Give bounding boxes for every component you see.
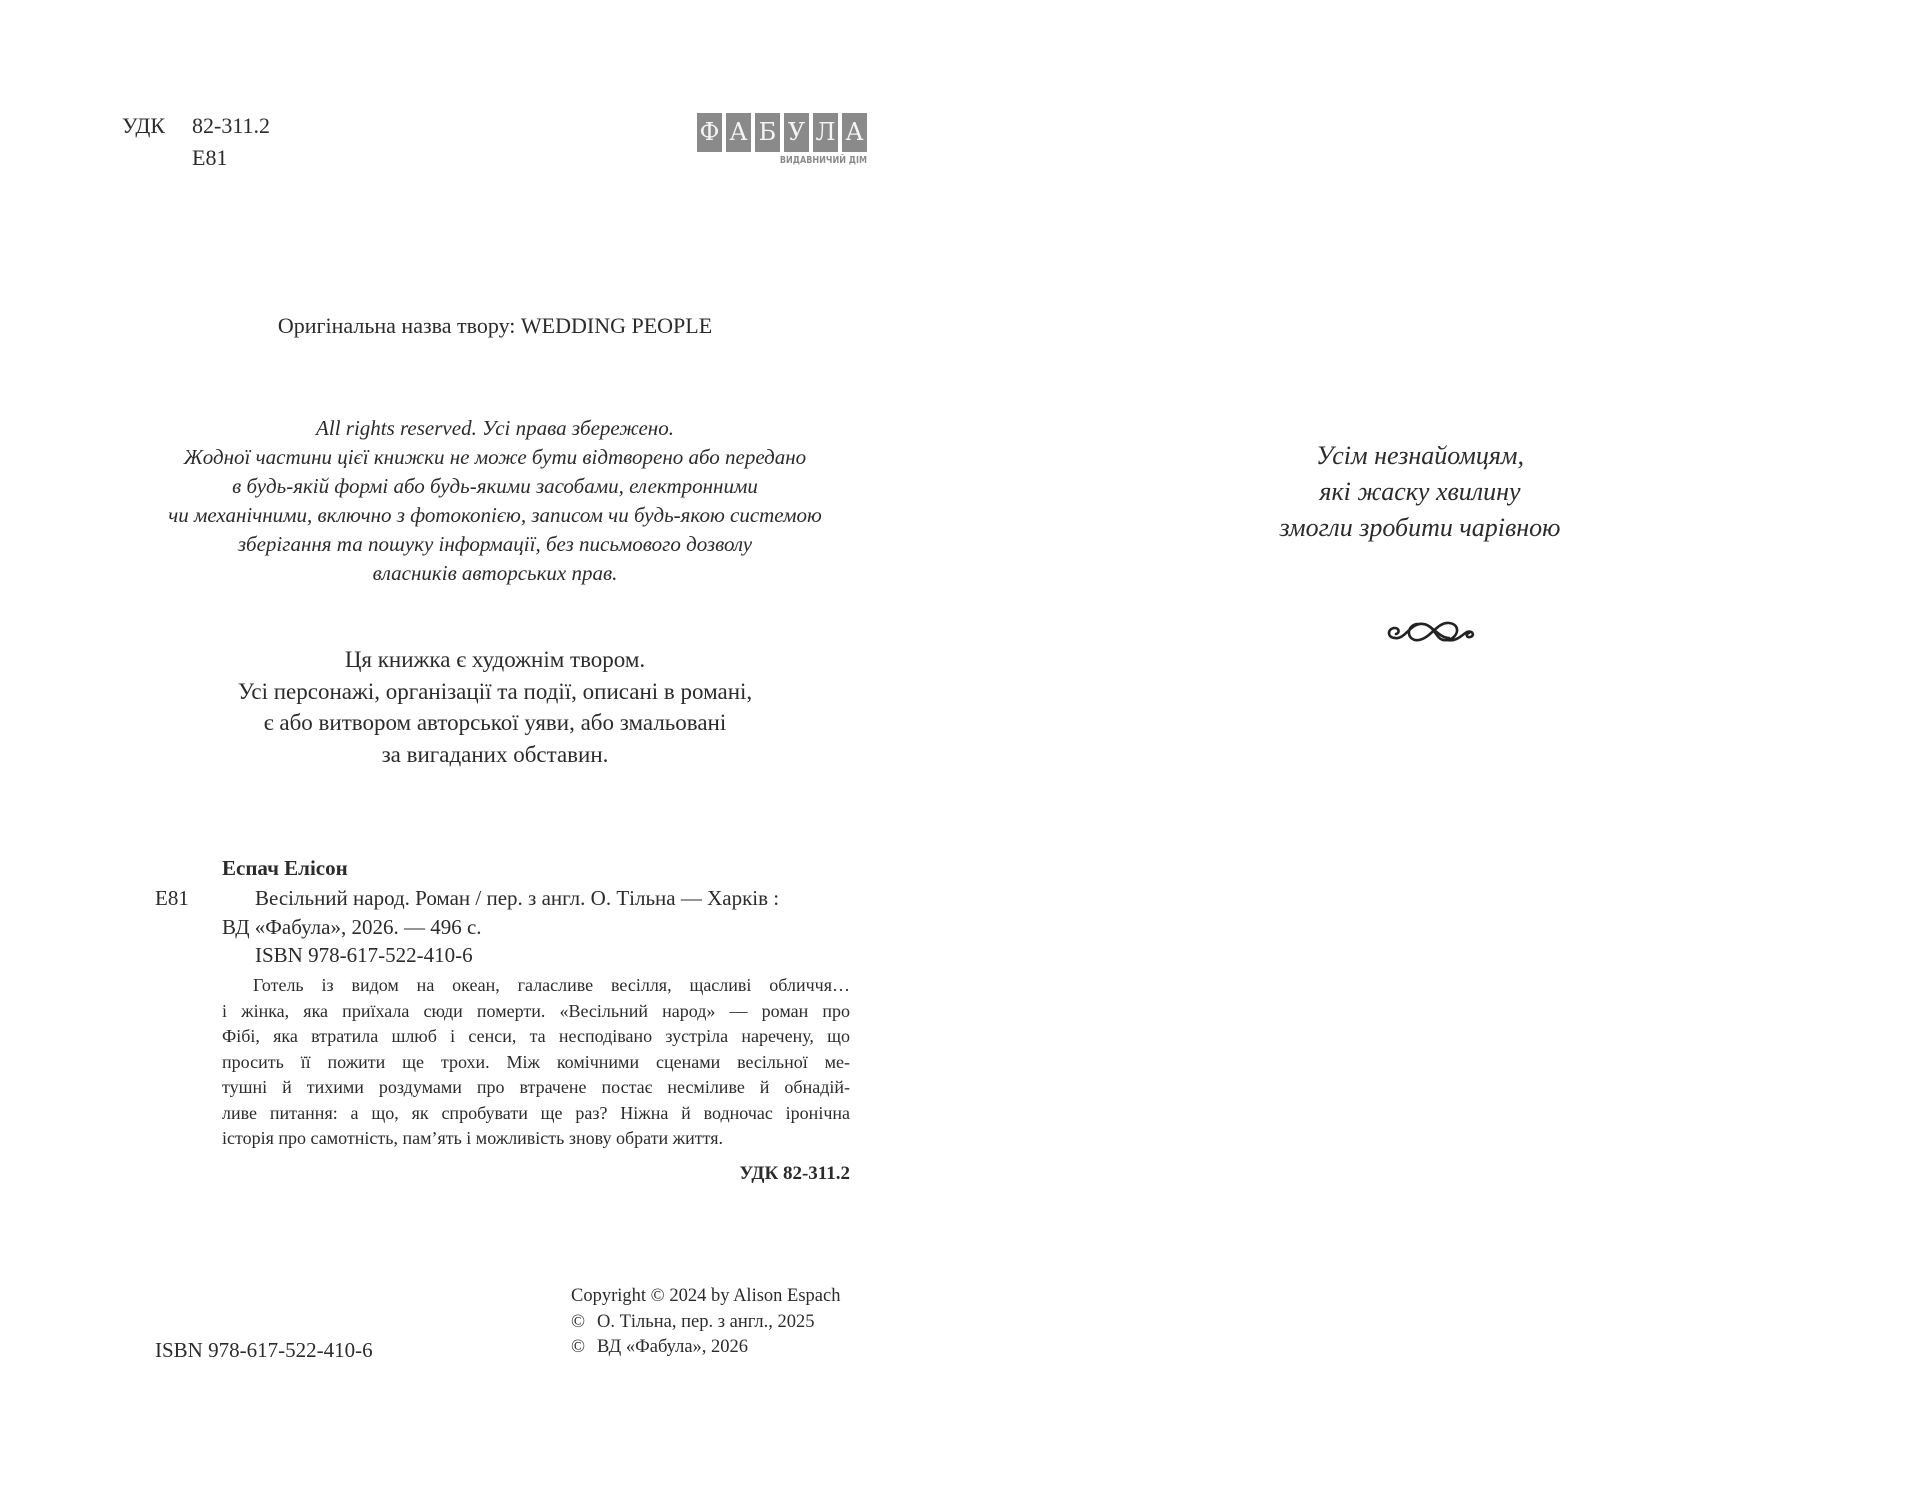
logo-letter: Ф — [697, 113, 722, 152]
biblio-author-mark: Е81 — [155, 884, 189, 912]
biblio-entry-line: Весільний народ. Роман / пер. з англ. О.… — [222, 884, 850, 913]
copyright-symbol-icon: © — [571, 1335, 597, 1361]
annotation-line: і жінка, яка приїхала сюди померти. «Вес… — [222, 999, 850, 1025]
rights-line: Жодної частини цієї книжки не може бути … — [110, 443, 880, 472]
rights-line: зберігання та пошуку інформації, без пис… — [110, 530, 880, 559]
biblio-udk: УДК 82-311.2 — [222, 1161, 850, 1187]
disclaimer-line: Усі персонажі, організації та події, опи… — [110, 676, 880, 708]
isbn: ISBN 978-617-522-410-6 — [155, 1336, 373, 1364]
udk-label: УДК — [122, 110, 192, 142]
annotation-line: ливе питання: а що, як спробувати ще раз… — [222, 1101, 850, 1127]
disclaimer-line: за вигаданих обставин. — [110, 739, 880, 771]
copyright-block: Copyright © 2024 by Alison Espach ©О. Ті… — [571, 1284, 840, 1361]
logo-letter: У — [784, 113, 809, 152]
right-page: Усім незнайомцям, які жаску хвилину змог… — [960, 0, 1920, 1500]
copyright-original: Copyright © 2024 by Alison Espach — [571, 1284, 840, 1310]
annotation-line: Фібі, яка втратила шлюб і сенси, та несп… — [222, 1024, 850, 1050]
flourish-ornament-icon — [1383, 614, 1477, 648]
rights-notice: All rights reserved. Усі права збережено… — [110, 414, 880, 588]
publisher-logo: Ф А Б У Л А ВИДАВНИЧИЙ ДІМ — [697, 113, 867, 166]
annotation-line: тушні й тихими роздумами про втрачене по… — [222, 1075, 850, 1101]
copyright-text: О. Тільна, пер. з англ., 2025 — [597, 1312, 815, 1332]
logo-letters: Ф А Б У Л А — [697, 113, 867, 152]
rights-line: власників авторських прав. — [110, 559, 880, 588]
dedication-line: Усім незнайомцям, — [1270, 438, 1570, 474]
biblio-entry-line: ВД «Фабула», 2026. — 496 с. — [222, 913, 850, 942]
rights-line: чи механічними, включно з фотокопією, за… — [110, 501, 880, 530]
logo-subtitle: ВИДАВНИЧИЙ ДІМ — [723, 155, 868, 166]
biblio-author: Еспач Елісон — [222, 854, 348, 882]
dedication: Усім незнайомцям, які жаску хвилину змог… — [1270, 438, 1570, 546]
biblio-annotation: Готель із видом на океан, галасливе весі… — [222, 973, 850, 1152]
udk-code: 82-311.2 — [192, 113, 270, 138]
dedication-line: які жаску хвилину — [1270, 474, 1570, 510]
left-page: УДК82-311.2 Е81 Ф А Б У Л А ВИДАВНИЧИЙ Д… — [0, 0, 960, 1500]
udk-classification: УДК82-311.2 Е81 — [122, 110, 270, 174]
annotation-line: просить її пожити ще трохи. Між комічним… — [222, 1050, 850, 1076]
annotation-line: історія про самотність, пам’ять і можлив… — [222, 1126, 850, 1152]
rights-line: All rights reserved. Усі права збережено… — [110, 414, 880, 443]
dedication-line: змогли зробити чарівною — [1270, 510, 1570, 546]
logo-letter: Б — [755, 113, 780, 152]
rights-line: в будь-якій формі або будь-якими засобам… — [110, 472, 880, 501]
annotation-line: Готель із видом на океан, галасливе весі… — [222, 973, 850, 999]
author-mark: Е81 — [192, 145, 227, 170]
logo-letter: А — [842, 113, 867, 152]
fiction-disclaimer: Ця книжка є художнім твором. Усі персона… — [110, 644, 880, 770]
disclaimer-line: є або витвором авторської уяви, або змал… — [110, 707, 880, 739]
copyright-symbol-icon: © — [571, 1310, 597, 1336]
logo-letter: А — [726, 113, 751, 152]
biblio-isbn: ISBN 978-617-522-410-6 — [222, 941, 850, 970]
copyright-publisher: ©ВД «Фабула», 2026 — [571, 1335, 840, 1361]
logo-letter: Л — [813, 113, 838, 152]
biblio-entry: Весільний народ. Роман / пер. з англ. О.… — [222, 884, 850, 970]
copyright-text: ВД «Фабула», 2026 — [597, 1337, 748, 1357]
disclaimer-line: Ця книжка є художнім твором. — [110, 644, 880, 676]
copyright-translation: ©О. Тільна, пер. з англ., 2025 — [571, 1310, 840, 1336]
original-title: Оригінальна назва твору: WEDDING PEOPLE — [120, 312, 870, 340]
